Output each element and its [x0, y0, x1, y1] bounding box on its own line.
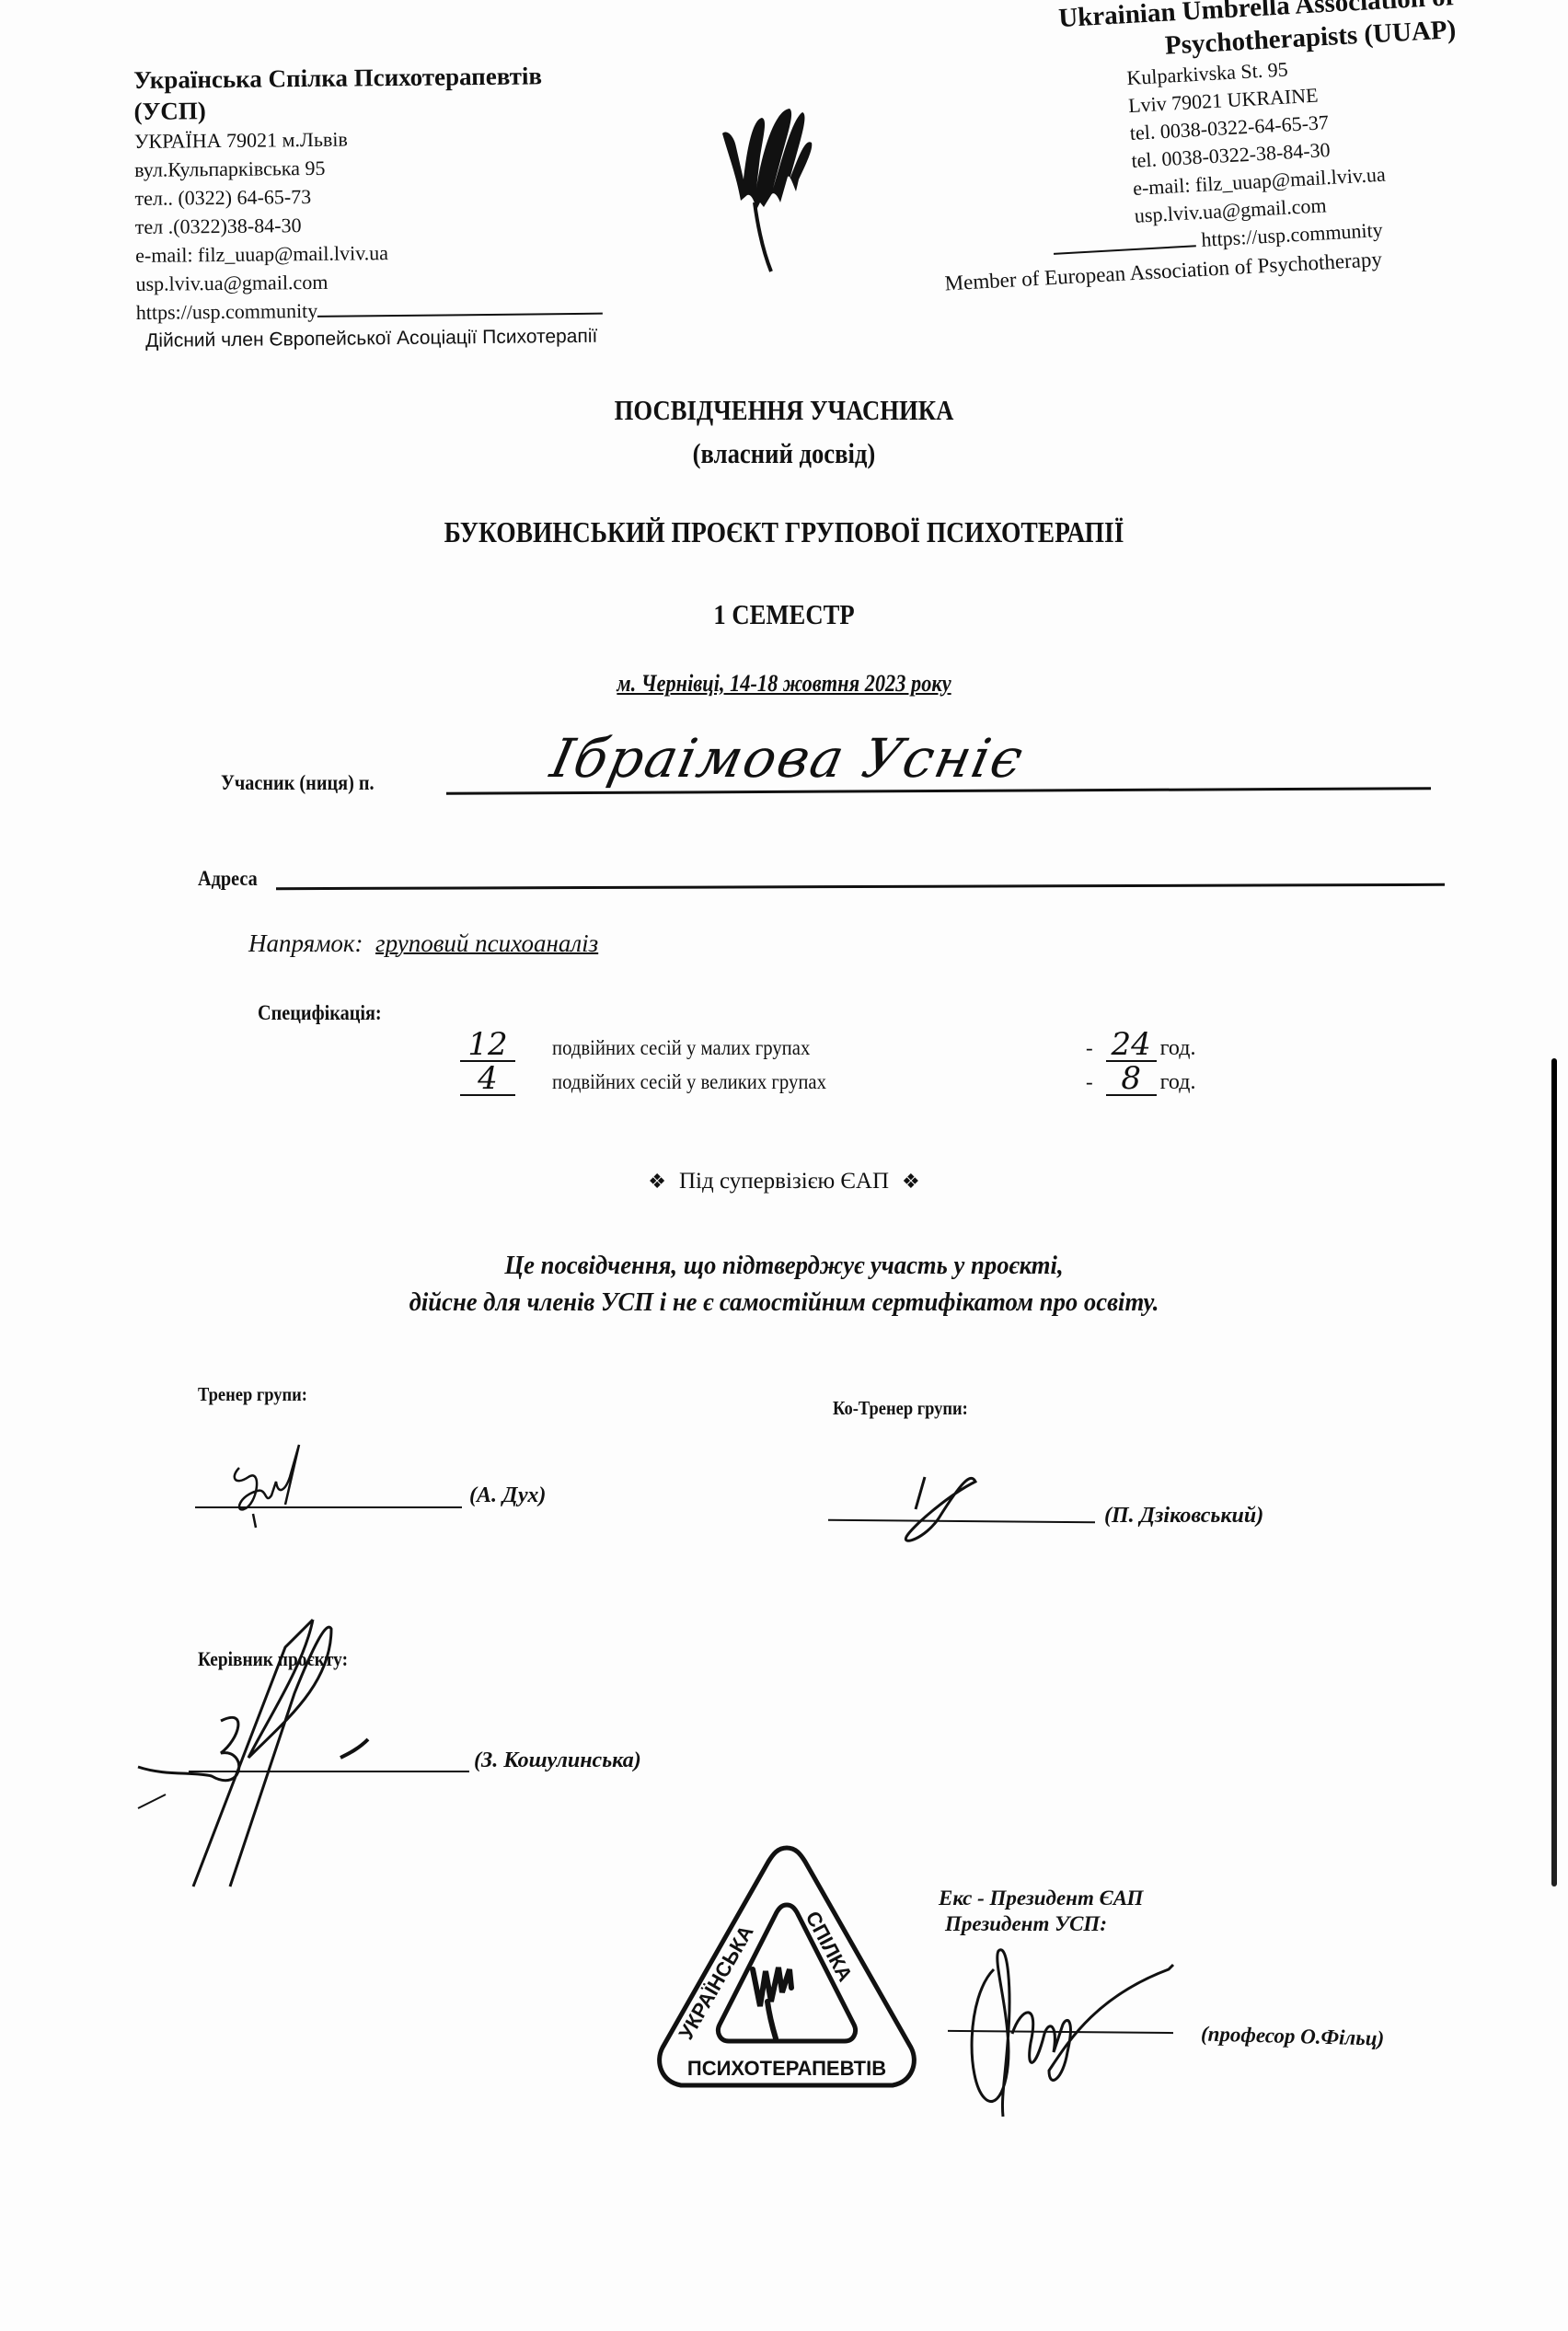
validity-note: Це посвідчення, що підтверджує участь у …	[0, 1247, 1568, 1321]
trainer-name: (А. Дух)	[469, 1483, 546, 1508]
ornament-diamond-icon: ❖	[648, 1170, 666, 1193]
direction-value: груповий психоаналіз	[375, 929, 598, 957]
stamp-bottom-text: ПСИХОТЕРАПЕВТІВ	[687, 2057, 886, 2080]
membership-ua: Дійсний член Європейської Асоціації Псих…	[145, 321, 670, 355]
cotrainer-name: (П. Дзіковський)	[1104, 1504, 1263, 1529]
page-edge-shadow	[1551, 1058, 1557, 1887]
project-lead-signature-icon	[129, 1610, 432, 1887]
hours-value: 24	[1106, 1029, 1157, 1062]
divider	[317, 313, 603, 317]
session-count: 4	[460, 1063, 515, 1096]
ornament-diamond-icon: ❖	[902, 1170, 920, 1193]
supervision-text: Під супервізією ЄАП	[679, 1169, 889, 1194]
cotrainer-label: Ко-Тренер групи:	[833, 1397, 968, 1420]
president-title-eap: Екс - Президент ЄАП	[939, 1887, 1143, 1910]
note-line: Це посвідчення, що підтверджує участь у …	[63, 1247, 1505, 1284]
website-link[interactable]: https://usp.community	[136, 299, 318, 324]
hours-unit: год.	[1160, 1070, 1196, 1094]
hours-group: -24год.	[1086, 1029, 1195, 1062]
place-date: м. Чернівці, 14-18 жовтня 2023 року	[110, 670, 1458, 698]
hours-group: -8год.	[1086, 1063, 1195, 1096]
direction-label: Напрямок:	[248, 929, 363, 957]
address-label: Адреса	[198, 867, 258, 891]
hours-value: 8	[1106, 1063, 1157, 1096]
usp-stamp-icon: УКРАЇНСЬКА СПІЛКА ПСИХОТЕРАПЕВТІВ	[644, 1831, 929, 2107]
session-description: подвійних сесій у малих групах	[552, 1036, 810, 1060]
session-count: 12	[460, 1029, 515, 1062]
president-signature-icon	[957, 1933, 1242, 2117]
project-lead-name: (З. Кошулинська)	[474, 1748, 641, 1773]
trainer-signature-icon	[212, 1440, 313, 1532]
project-title: БУКОВИНСЬКИЙ ПРОЄКТ ГРУПОВОЇ ПСИХОТЕРАПІ…	[110, 515, 1458, 549]
session-description: подвійних сесій у великих групах	[552, 1070, 826, 1094]
document-title: ПОСВІДЧЕННЯ УЧАСНИКА	[110, 394, 1458, 427]
usp-monogram-logo-icon	[699, 92, 865, 276]
spec-row: 12 подвійних сесій у малих групах -24год…	[460, 1029, 515, 1062]
header-right: Ukrainian Umbrella Association of Psycho…	[929, 0, 1497, 298]
note-line: дійсне для членів УСП і не є самостійним…	[63, 1284, 1505, 1321]
semester-title: 1 СЕМЕСТР	[110, 598, 1458, 631]
divider	[1054, 245, 1196, 255]
specification-label: Специфікація:	[258, 1001, 382, 1025]
supervision-line: ❖Під супервізією ЄАП❖	[0, 1169, 1568, 1194]
document-subtitle: (власний досвід)	[110, 437, 1458, 470]
participant-name-handwritten: Ібраімова Усніє	[546, 727, 1030, 790]
hours-unit: год.	[1160, 1036, 1196, 1060]
header-left: Українська Спілка Психотерапевтів (УСП) …	[133, 59, 670, 355]
spec-row: 4 подвійних сесій у великих групах -8год…	[460, 1063, 515, 1096]
participant-label: Учасник (ниця) п.	[221, 771, 375, 795]
stamp-left-text: УКРАЇНСЬКА	[674, 1921, 758, 2044]
direction-row: Напрямок: груповий психоаналіз	[248, 929, 598, 958]
trainer-label: Тренер групи:	[198, 1383, 307, 1406]
cotrainer-signature-icon	[883, 1472, 985, 1546]
address-field-line	[276, 883, 1445, 890]
